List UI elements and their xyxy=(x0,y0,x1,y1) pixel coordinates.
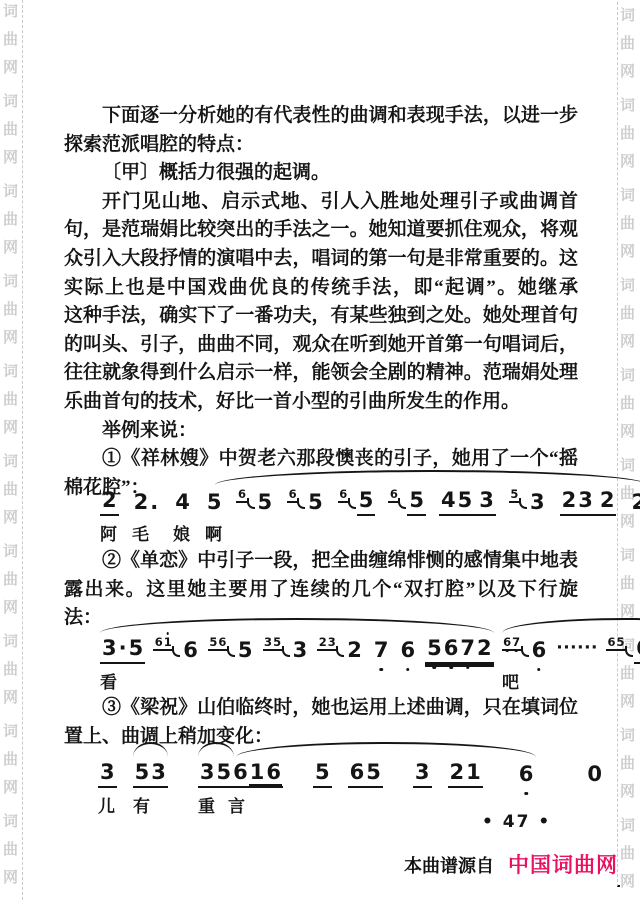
watermark-char: 曲 xyxy=(3,573,18,588)
note-digit: 4 xyxy=(440,488,457,512)
note-digit: 5 xyxy=(307,490,324,514)
note-group: 5 xyxy=(236,638,255,664)
slur-arc xyxy=(502,618,640,633)
grace-notes: 56 xyxy=(208,636,228,651)
text-line: 的叫头、引子，曲曲不同，观众在听到她开首第一句唱词后， xyxy=(64,331,578,360)
note-group: 2 xyxy=(629,490,640,516)
grace-hook xyxy=(519,498,527,509)
note-group: 5 xyxy=(357,488,376,516)
note-digit: 5 xyxy=(237,638,254,662)
watermark-char: 曲 xyxy=(3,663,18,678)
watermark-char: 网 xyxy=(620,875,635,890)
watermark-char: 网 xyxy=(3,691,18,706)
grace-hook xyxy=(348,498,356,509)
music-note: 5 xyxy=(205,490,224,516)
note-digit: 2 xyxy=(599,488,616,512)
note-digit: 2 xyxy=(101,488,118,512)
grace-digit: 5 xyxy=(616,636,625,648)
slur-arc xyxy=(100,618,494,633)
footer: 本曲谱源自 中国词曲网 xyxy=(404,849,618,879)
note-group: 6 xyxy=(181,638,200,664)
grace-digit: 6 xyxy=(237,488,246,500)
grace-digit: 6 xyxy=(389,488,398,500)
slur-arc xyxy=(236,742,536,757)
text-line: 开门见山地、启示式地、引人入胜地处理引子或曲调首 xyxy=(64,188,578,217)
watermark-char: 词 xyxy=(3,5,18,20)
music-example-1: 22.4565656565453532322······阿毛娘啊 xyxy=(100,468,600,552)
music-note: 353 xyxy=(263,638,310,664)
music-note: 3·5 xyxy=(100,636,145,664)
grace-hook xyxy=(521,646,529,657)
music-note: 565 xyxy=(208,638,255,664)
grace-notes: 35 xyxy=(263,636,283,651)
slur-arc xyxy=(215,470,640,485)
music-note: 2 xyxy=(629,490,640,516)
note-group: 6 xyxy=(517,762,536,788)
grace-digit: 3 xyxy=(264,636,273,648)
note-digit: 5 xyxy=(206,490,223,514)
watermark-char: 词 xyxy=(3,545,18,560)
watermark-char: 曲 xyxy=(3,33,18,48)
note-digit: 1 xyxy=(465,760,482,784)
note-group: 3 xyxy=(528,490,547,516)
grace-notes: 23 xyxy=(317,636,337,651)
watermark-char: 曲 xyxy=(3,393,18,408)
watermark-char: 词 xyxy=(3,815,18,830)
grace-hook xyxy=(297,498,305,509)
grace-digit: 6 xyxy=(339,488,348,500)
music-note: 53 xyxy=(133,760,168,788)
lyric: 看 xyxy=(100,668,117,693)
watermark-char: 网 xyxy=(620,245,635,260)
note-digit: 6 xyxy=(265,760,282,786)
grace-digit: 2 xyxy=(318,636,327,648)
music-note: 6 xyxy=(517,762,536,788)
music-note: 676 xyxy=(502,638,549,664)
text-line: 众引入大段抒情的演唱中去，唱词的第一句是非常重要的。这 xyxy=(64,245,578,274)
watermark-char: 网 xyxy=(3,331,18,346)
text-line: 句，是范瑞娟比较突出的手法之一。她知道要抓住观众，将观 xyxy=(64,216,578,245)
watermark-char: 网 xyxy=(3,421,18,436)
text-line: 〔甲〕概括力很强的起调。 xyxy=(64,159,578,188)
note-digit: 3 xyxy=(577,488,594,512)
watermark-char: 词 xyxy=(620,459,635,474)
note-digit: 6 xyxy=(182,638,199,662)
note-group: 35616 xyxy=(198,760,283,788)
grace-hook xyxy=(336,646,344,657)
grace-notes: 61 xyxy=(153,636,173,651)
watermark-char: 曲 xyxy=(3,483,18,498)
lyric: 阿 xyxy=(100,520,117,545)
note-row: 3533561656532160 xyxy=(98,760,598,788)
watermark-char: 词 xyxy=(620,9,635,24)
note-digit: 3 xyxy=(414,760,431,784)
note-digit: 6 xyxy=(518,762,535,786)
note-digit: 3 xyxy=(478,488,495,512)
grace-digit: 6 xyxy=(503,636,512,648)
note-digit: 2 xyxy=(476,636,493,660)
text-line: 下面逐一分析她的有代表性的曲调和表现手法，以进一步 xyxy=(64,102,578,131)
watermark-char: 网 xyxy=(3,511,18,526)
footer-source-label: 本曲谱源自 xyxy=(404,852,494,878)
note-group: 2. xyxy=(132,490,161,516)
note-digit: 3 xyxy=(150,760,167,784)
lyric: 娘 xyxy=(173,520,190,545)
note-group: 3 xyxy=(291,638,310,664)
text-line: 露出来。这里她主要用了连续的几个“双打腔”以及下行旋 xyxy=(64,576,578,605)
note-digit: 5 xyxy=(426,636,443,660)
grace-digit: 6 xyxy=(607,636,616,648)
watermark-char: 词 xyxy=(3,455,18,470)
music-note: 4 xyxy=(173,490,192,516)
music-note: 2 xyxy=(100,488,119,516)
music-example-2: 3·5616565353232765672676······65616565··… xyxy=(100,616,600,700)
watermark-char: 曲 xyxy=(620,667,635,682)
watermark-char: 网 xyxy=(3,61,18,76)
note-digit: 5 xyxy=(216,760,233,784)
grace-digit: 5 xyxy=(209,636,218,648)
watermark-char: 曲 xyxy=(3,123,18,138)
note-digit: 7 xyxy=(373,638,390,662)
music-note: 3 xyxy=(413,760,432,788)
watermark-char: 网 xyxy=(620,515,635,530)
grace-digit: 1 xyxy=(163,636,172,648)
music-note: 5 xyxy=(313,760,332,788)
note-group: 3 xyxy=(413,760,432,788)
watermark-char: 词 xyxy=(3,95,18,110)
note-digit: 6 xyxy=(531,638,548,662)
note-digit: 2 xyxy=(133,490,150,514)
text-line: 乐曲首句的技术，好比一首小型的引曲所发生的作用。 xyxy=(64,388,578,417)
note-digit: 3 xyxy=(101,636,118,660)
grace-hook xyxy=(282,646,290,657)
watermark-char: 网 xyxy=(620,155,635,170)
watermark-char: 网 xyxy=(620,785,635,800)
grace-hook xyxy=(172,646,180,657)
note-digit: 2 xyxy=(561,488,578,512)
note-digit: 3 xyxy=(292,638,309,662)
music-note: 65 xyxy=(348,760,383,788)
watermark-char: 词 xyxy=(620,729,635,744)
note-digit: 5 xyxy=(408,488,425,512)
note-digit: 0 xyxy=(586,762,603,786)
watermark-char: 词 xyxy=(3,725,18,740)
note-digit: · xyxy=(118,636,128,660)
grace-hook xyxy=(625,646,633,657)
note-group: 6 xyxy=(398,638,417,664)
music-note: 232 xyxy=(317,638,364,664)
watermark-char: 词 xyxy=(620,279,635,294)
note-digit: 5 xyxy=(457,488,474,512)
note-digit: 5 xyxy=(365,760,382,784)
lyric: 重言 xyxy=(198,792,258,817)
note-group: 5 xyxy=(407,488,426,516)
watermark-char: 词 xyxy=(3,365,18,380)
music-note: 65 xyxy=(388,488,426,516)
music-note: 53 xyxy=(509,490,547,516)
note-group: 5672 xyxy=(425,636,494,664)
lyric: 有 xyxy=(133,792,150,817)
grace-digit: 7 xyxy=(512,636,521,648)
music-note: 21 xyxy=(448,760,483,788)
note-group: 453 xyxy=(439,488,496,516)
note-digit: 6 xyxy=(635,636,640,660)
text-line: 往往就象得到什么启示一样，能领会全剧的精神。范瑞娟处理 xyxy=(64,359,578,388)
watermark-char: 网 xyxy=(3,241,18,256)
watermark-char: 曲 xyxy=(620,127,635,142)
music-note: 453 xyxy=(439,488,496,516)
note-group: 7 xyxy=(372,638,391,664)
note-group: 5 xyxy=(313,760,332,788)
note-group: 2 xyxy=(345,638,364,664)
music-note: 3 xyxy=(98,760,117,788)
lyric: 毛 xyxy=(132,520,149,545)
watermark-char: 网 xyxy=(3,601,18,616)
note-digit: 5 xyxy=(314,760,331,784)
music-note: 7 xyxy=(372,638,391,664)
grace-digit: 5 xyxy=(273,636,282,648)
note-group: 3·5 xyxy=(100,636,145,664)
music-note: ······ xyxy=(556,640,598,664)
music-note: 2. xyxy=(132,490,161,516)
note-group: 3 xyxy=(98,760,117,788)
watermark-char: 曲 xyxy=(3,213,18,228)
watermark-char: 词 xyxy=(620,549,635,564)
music-note: 65 xyxy=(236,490,274,516)
music-note: 65 xyxy=(287,490,325,516)
watermark-char: 曲 xyxy=(620,757,635,772)
note-digit: 4 xyxy=(174,490,191,514)
grace-hook xyxy=(247,498,255,509)
slur-arc xyxy=(198,742,234,757)
music-note: 6 xyxy=(398,638,417,664)
music-note: 0 xyxy=(585,762,604,788)
watermark-char: 曲 xyxy=(620,37,635,52)
grace-notes: 65 xyxy=(606,636,626,651)
grace-digit: 6 xyxy=(218,636,227,648)
watermark-char: 网 xyxy=(620,425,635,440)
note-digit: 2 xyxy=(630,490,640,514)
page-number: • 47 • xyxy=(482,812,551,832)
watermark-char: 网 xyxy=(620,695,635,710)
note-digit: 2 xyxy=(449,760,466,784)
watermark-char: 曲 xyxy=(620,577,635,592)
note-group: 4 xyxy=(173,490,192,516)
watermark-char: 曲 xyxy=(3,843,18,858)
watermark-char: 词 xyxy=(620,819,635,834)
grace-notes: 67 xyxy=(502,636,522,651)
watermark-char: 网 xyxy=(3,871,18,886)
watermark-char: 词 xyxy=(620,99,635,114)
text-line: 探索范派唱腔的特点： xyxy=(64,131,578,160)
watermark-char: 曲 xyxy=(620,307,635,322)
note-digit: 5 xyxy=(257,490,274,514)
note-digit: 1 xyxy=(249,760,266,786)
grace-digit: 6 xyxy=(154,636,163,648)
watermark-char: 词 xyxy=(620,189,635,204)
note-group: 6 xyxy=(530,638,549,664)
watermark-char: 词 xyxy=(3,275,18,290)
paragraph-block-1: 下面逐一分析她的有代表性的曲调和表现手法，以进一步探索范派唱腔的特点：〔甲〕概括… xyxy=(64,102,578,502)
watermark-char: 词 xyxy=(3,635,18,650)
note-group: 65 xyxy=(348,760,383,788)
music-note: 656 xyxy=(606,636,640,664)
left-watermark-column: 词曲网词曲网词曲网词曲网词曲网词曲网词曲网词曲网词曲网词曲网 xyxy=(3,0,23,900)
note-group: 5 xyxy=(205,490,224,516)
watermark-char: 网 xyxy=(3,151,18,166)
watermark-char: 曲 xyxy=(3,303,18,318)
music-note: 616 xyxy=(153,638,200,664)
note-digit: 5 xyxy=(128,636,145,660)
watermark-char: 曲 xyxy=(3,753,18,768)
note-group: 53 xyxy=(133,760,168,788)
note-group: 5 xyxy=(306,490,325,516)
note-digit: 6 xyxy=(399,638,416,662)
grace-digit: 6 xyxy=(288,488,297,500)
grace-hook xyxy=(227,646,235,657)
right-watermark-column: 词曲网词曲网词曲网词曲网词曲网词曲网词曲网词曲网词曲网词曲网 xyxy=(620,0,640,900)
ellipsis: ······ xyxy=(556,636,598,660)
note-group: 5 xyxy=(256,490,275,516)
note-group: 0 xyxy=(585,762,604,788)
lyric: 啊 xyxy=(205,520,222,545)
note-digit: 3 xyxy=(529,490,546,514)
text-line: 实际上也是中国戏曲优良的传统手法，即“起调”。她继承 xyxy=(64,274,578,303)
watermark-char: 曲 xyxy=(620,397,635,412)
music-note: 35616 xyxy=(198,760,283,788)
note-digit: 5 xyxy=(358,488,375,512)
music-note: 232 xyxy=(560,488,617,516)
note-digit: 5 xyxy=(134,760,151,784)
watermark-char: 词 xyxy=(620,369,635,384)
grace-digit: 5 xyxy=(510,488,519,500)
text-line: 举例来说： xyxy=(64,417,578,446)
lyric: 儿 xyxy=(98,792,115,817)
watermark-char: 曲 xyxy=(620,217,635,232)
note-digit: 6 xyxy=(349,760,366,784)
watermark-char: 曲 xyxy=(620,847,635,862)
note-group: 232 xyxy=(560,488,617,516)
watermark-char: 网 xyxy=(620,65,635,80)
watermark-char: 网 xyxy=(620,335,635,350)
note-row: 22.4565656565453532322······ xyxy=(100,488,600,516)
note-digit: 6 xyxy=(232,760,249,784)
grace-digit: 3 xyxy=(327,636,336,648)
note-group: 6 xyxy=(634,636,640,664)
lyric: 吧 xyxy=(502,668,519,693)
grace-hook xyxy=(398,498,406,509)
note-digit: 3 xyxy=(99,760,116,784)
note-digit: . xyxy=(149,490,159,514)
note-digit: 6 xyxy=(443,636,460,660)
watermark-char: 词 xyxy=(3,185,18,200)
footer-site-link[interactable]: 中国词曲网 xyxy=(508,849,618,879)
music-note: 65 xyxy=(338,488,376,516)
music-note: 5672 xyxy=(425,636,494,664)
note-group: 2 xyxy=(100,488,119,516)
note-digit: 2 xyxy=(346,638,363,662)
note-group: 21 xyxy=(448,760,483,788)
note-digit: 3 xyxy=(199,760,216,784)
text-line: 这种手法，确实下了一番功夫，有某些独到之处。她处理首句 xyxy=(64,302,578,331)
note-row: 3·5616565353232765672676······65616565··… xyxy=(100,636,600,664)
watermark-char: 网 xyxy=(3,781,18,796)
note-digit: 7 xyxy=(459,636,476,660)
slur-arc xyxy=(133,742,168,757)
